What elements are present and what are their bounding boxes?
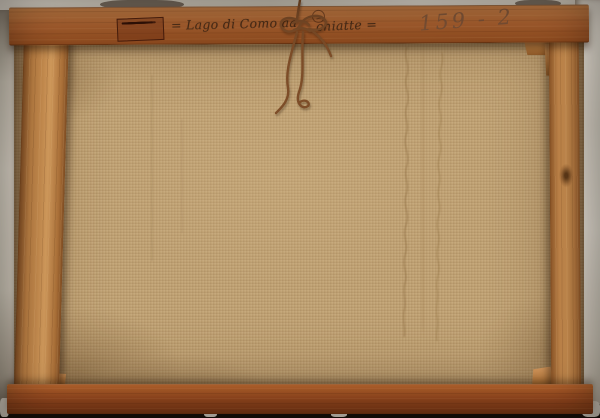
stretcher-bar-top: = Lago di Como aa chiatte = 159 - 2: [9, 4, 589, 45]
gallery-stamp: [117, 17, 165, 42]
stamp-line: [128, 22, 146, 25]
water-stain: [14, 9, 584, 411]
water-stain-tideline: [403, 47, 408, 337]
faint-streak: [181, 119, 182, 233]
faint-streak: [151, 75, 152, 261]
inscription-title-right: chiatte =: [316, 17, 378, 34]
inventory-number: 159 - 2: [418, 5, 514, 36]
painting-verso-photo: = Lago di Como aa chiatte = 159 - 2: [0, 0, 600, 418]
stretcher-bar-right: [549, 30, 582, 394]
inscription-title-left: = Lago di Como aa: [171, 15, 297, 33]
water-stain-band: [422, 47, 424, 331]
stretcher-bar-bottom: [7, 384, 593, 414]
canvas-back: [14, 9, 584, 411]
